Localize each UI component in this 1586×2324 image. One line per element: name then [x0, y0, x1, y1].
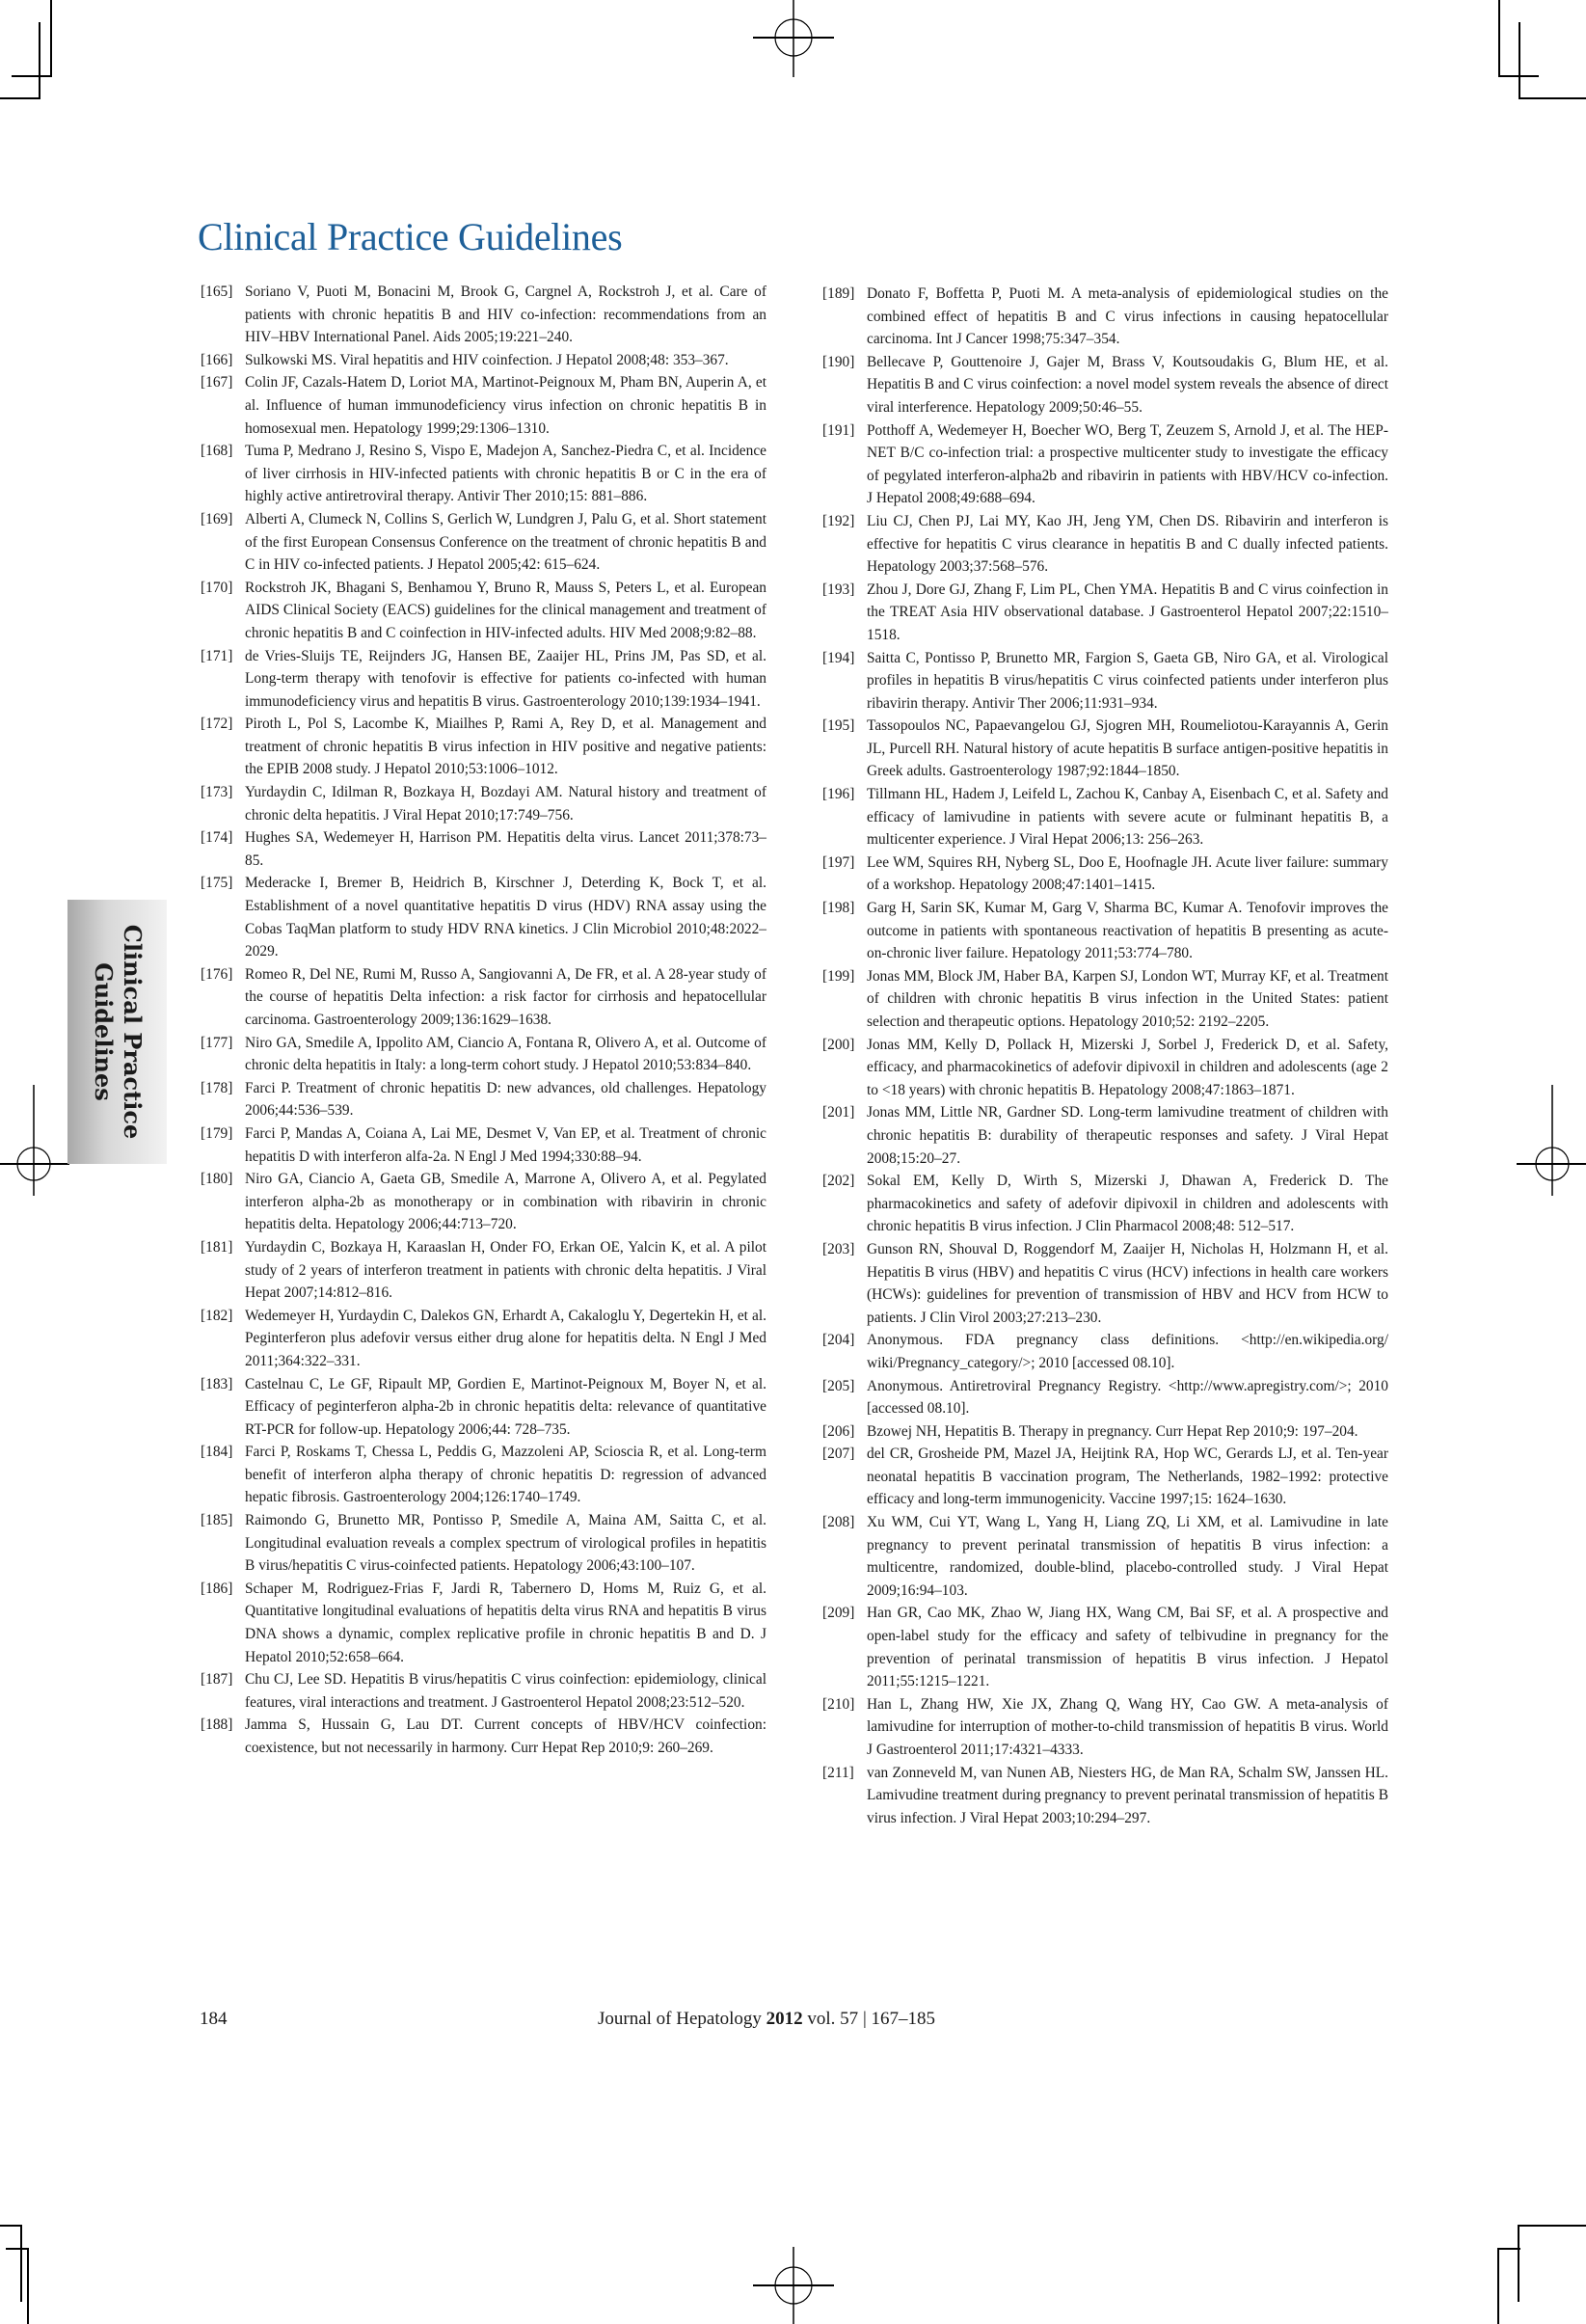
reference-item: [172]Piroth L, Pol S, Lacombe K, Miailhe… — [201, 713, 766, 781]
reference-number: [194] — [822, 647, 854, 670]
reference-text: Hughes SA, Wedemeyer H, Harrison PM. Hep… — [245, 826, 766, 872]
reference-item: [168]Tuma P, Medrano J, Resino S, Vispo … — [201, 440, 766, 508]
reference-item: [169]Alberti A, Clumeck N, Collins S, Ge… — [201, 508, 766, 577]
side-tab-line-1: Clinical Practice — [118, 925, 147, 1139]
reference-item: [208]Xu WM, Cui YT, Wang L, Yang H, Lian… — [822, 1511, 1388, 1602]
reference-item: [199]Jonas MM, Block JM, Haber BA, Karpe… — [822, 965, 1388, 1034]
reference-item: [175]Mederacke I, Bremer B, Heidrich B, … — [201, 872, 766, 962]
reference-text: Garg H, Sarin SK, Kumar M, Garg V, Sharm… — [867, 897, 1388, 965]
registration-mark-left — [0, 1085, 69, 1196]
reference-number: [201] — [822, 1101, 854, 1124]
reference-item: [180]Niro GA, Ciancio A, Gaeta GB, Smedi… — [201, 1168, 766, 1236]
references-column-left: [165]Soriano V, Puoti M, Bonacini M, Bro… — [201, 281, 766, 1760]
reference-text: Gunson RN, Shouval D, Roggendorf M, Zaai… — [867, 1238, 1388, 1329]
reference-item: [167]Colin JF, Cazals-Hatem D, Loriot MA… — [201, 371, 766, 440]
reference-item: [182]Wedemeyer H, Yurdaydin C, Dalekos G… — [201, 1305, 766, 1373]
reference-item: [193]Zhou J, Dore GJ, Zhang F, Lim PL, C… — [822, 579, 1388, 647]
reference-item: [185]Raimondo G, Brunetto MR, Pontisso P… — [201, 1509, 766, 1578]
reference-item: [204]Anonymous. FDA pregnancy class defi… — [822, 1329, 1388, 1374]
reference-item: [189]Donato F, Boffetta P, Puoti M. A me… — [822, 283, 1388, 351]
reference-number: [170] — [201, 577, 232, 600]
crop-mark-top-left — [12, 75, 52, 77]
reference-text: Romeo R, Del NE, Rumi M, Russo A, Sangio… — [245, 963, 766, 1032]
reference-item: [196]Tillmann HL, Hadem J, Leifeld L, Za… — [822, 783, 1388, 851]
side-tab-label: Clinical Practice Guidelines — [89, 925, 147, 1139]
crop-mark-top-left — [50, 0, 52, 76]
journal-citation: Journal of Hepatology 2012 vol. 57 | 167… — [598, 2009, 935, 2030]
reference-number: [193] — [822, 579, 854, 602]
crop-mark-bottom-right — [1497, 2248, 1499, 2324]
reference-text: Anonymous. FDA pregnancy class definitio… — [867, 1329, 1388, 1374]
reference-item: [191]Potthoff A, Wedemeyer H, Boecher WO… — [822, 419, 1388, 510]
reference-item: [166]Sulkowski MS. Viral hepatitis and H… — [201, 349, 766, 372]
reference-number: [203] — [822, 1238, 854, 1261]
journal-volume: vol. 57 — [807, 2009, 858, 2029]
reference-item: [174]Hughes SA, Wedemeyer H, Harrison PM… — [201, 826, 766, 872]
reference-number: [185] — [201, 1509, 232, 1532]
reference-item: [207]del CR, Grosheide PM, Mazel JA, Hei… — [822, 1443, 1388, 1511]
reference-number: [175] — [201, 872, 232, 895]
reference-text: Niro GA, Smedile A, Ippolito AM, Ciancio… — [245, 1032, 766, 1077]
reference-item: [170]Rockstroh JK, Bhagani S, Benhamou Y… — [201, 577, 766, 645]
journal-name: Journal of Hepatology — [598, 2009, 762, 2029]
reference-text: Zhou J, Dore GJ, Zhang F, Lim PL, Chen Y… — [867, 579, 1388, 647]
reference-item: [178]Farci P. Treatment of chronic hepat… — [201, 1077, 766, 1122]
reference-item: [201]Jonas MM, Little NR, Gardner SD. Lo… — [822, 1101, 1388, 1170]
reference-number: [182] — [201, 1305, 232, 1328]
reference-text: Schaper M, Rodriguez-Frias F, Jardi R, T… — [245, 1578, 766, 1668]
reference-text: Anonymous. Antiretroviral Pregnancy Regi… — [867, 1375, 1388, 1420]
reference-text: Yurdaydin C, Bozkaya H, Karaaslan H, Ond… — [245, 1236, 766, 1305]
crop-mark-top-right — [1519, 97, 1586, 99]
reference-text: Mederacke I, Bremer B, Heidrich B, Kirsc… — [245, 872, 766, 962]
reference-number: [173] — [201, 781, 232, 804]
crop-mark-bottom-right — [1518, 2225, 1586, 2227]
reference-text: Jonas MM, Kelly D, Pollack H, Mizerski J… — [867, 1034, 1388, 1102]
reference-number: [184] — [201, 1441, 232, 1464]
reference-text: Donato F, Boffetta P, Puoti M. A meta-an… — [867, 283, 1388, 351]
reference-number: [189] — [822, 283, 854, 306]
crop-mark-bottom-left — [20, 2225, 22, 2302]
reference-text: Potthoff A, Wedemeyer H, Boecher WO, Ber… — [867, 419, 1388, 510]
reference-item: [202]Sokal EM, Kelly D, Wirth S, Mizersk… — [822, 1170, 1388, 1238]
crop-mark-top-left — [0, 97, 40, 99]
reference-number: [196] — [822, 783, 854, 806]
reference-item: [177]Niro GA, Smedile A, Ippolito AM, Ci… — [201, 1032, 766, 1077]
reference-item: [192]Liu CJ, Chen PJ, Lai MY, Kao JH, Je… — [822, 510, 1388, 579]
reference-text: Wedemeyer H, Yurdaydin C, Dalekos GN, Er… — [245, 1305, 766, 1373]
reference-text: Farci P. Treatment of chronic hepatitis … — [245, 1077, 766, 1122]
reference-item: [210]Han L, Zhang HW, Xie JX, Zhang Q, W… — [822, 1693, 1388, 1762]
reference-text: Bellecave P, Gouttenoire J, Gajer M, Bra… — [867, 351, 1388, 419]
reference-number: [187] — [201, 1668, 232, 1691]
reference-text: Piroth L, Pol S, Lacombe K, Miailhes P, … — [245, 713, 766, 781]
footer-separator: | — [863, 2009, 867, 2029]
reference-number: [180] — [201, 1168, 232, 1191]
reference-text: Lee WM, Squires RH, Nyberg SL, Doo E, Ho… — [867, 851, 1388, 897]
reference-text: Raimondo G, Brunetto MR, Pontisso P, Sme… — [245, 1509, 766, 1578]
page-title: Clinical Practice Guidelines — [198, 218, 622, 257]
reference-item: [187]Chu CJ, Lee SD. Hepatitis B virus/h… — [201, 1668, 766, 1714]
side-section-tab: Clinical Practice Guidelines — [67, 900, 167, 1164]
reference-number: [183] — [201, 1373, 232, 1396]
reference-number: [178] — [201, 1077, 232, 1100]
reference-number: [202] — [822, 1170, 854, 1193]
reference-number: [168] — [201, 440, 232, 463]
reference-item: [200]Jonas MM, Kelly D, Pollack H, Mizer… — [822, 1034, 1388, 1102]
reference-number: [205] — [822, 1375, 854, 1398]
crop-mark-bottom-left — [27, 2248, 29, 2324]
reference-number: [195] — [822, 715, 854, 738]
reference-text: Soriano V, Puoti M, Bonacini M, Brook G,… — [245, 281, 766, 349]
reference-item: [176]Romeo R, Del NE, Rumi M, Russo A, S… — [201, 963, 766, 1032]
crop-mark-top-left — [39, 22, 40, 99]
reference-item: [171]de Vries-Sluijs TE, Reijnders JG, H… — [201, 645, 766, 714]
reference-item: [190]Bellecave P, Gouttenoire J, Gajer M… — [822, 351, 1388, 419]
reference-item: [179]Farci P, Mandas A, Coiana A, Lai ME… — [201, 1122, 766, 1168]
reference-text: Niro GA, Ciancio A, Gaeta GB, Smedile A,… — [245, 1168, 766, 1236]
crop-mark-top-right — [1519, 22, 1520, 99]
reference-text: Rockstroh JK, Bhagani S, Benhamou Y, Bru… — [245, 577, 766, 645]
reference-number: [188] — [201, 1714, 232, 1737]
journal-pages: 167–185 — [872, 2009, 936, 2029]
registration-mark-right — [1517, 1085, 1586, 1196]
reference-text: de Vries-Sluijs TE, Reijnders JG, Hansen… — [245, 645, 766, 714]
reference-text: del CR, Grosheide PM, Mazel JA, Heijtink… — [867, 1443, 1388, 1511]
reference-item: [195]Tassopoulos NC, Papaevangelou GJ, S… — [822, 715, 1388, 783]
reference-item: [188]Jamma S, Hussain G, Lau DT. Current… — [201, 1714, 766, 1759]
reference-item: [211]van Zonneveld M, van Nunen AB, Nies… — [822, 1762, 1388, 1830]
reference-text: Yurdaydin C, Idilman R, Bozkaya H, Bozda… — [245, 781, 766, 826]
reference-number: [186] — [201, 1578, 232, 1601]
reference-item: [206]Bzowej NH, Hepatitis B. Therapy in … — [822, 1420, 1388, 1444]
reference-text: Tuma P, Medrano J, Resino S, Vispo E, Ma… — [245, 440, 766, 508]
reference-number: [211] — [822, 1762, 854, 1785]
reference-item: [203]Gunson RN, Shouval D, Roggendorf M,… — [822, 1238, 1388, 1329]
reference-text: Sulkowski MS. Viral hepatitis and HIV co… — [245, 349, 766, 372]
reference-text: Castelnau C, Le GF, Ripault MP, Gordien … — [245, 1373, 766, 1442]
reference-number: [198] — [822, 897, 854, 920]
reference-text: Jonas MM, Little NR, Gardner SD. Long-te… — [867, 1101, 1388, 1170]
reference-number: [166] — [201, 349, 232, 372]
crop-mark-bottom-left — [0, 2225, 21, 2227]
journal-year: 2012 — [766, 2009, 803, 2029]
reference-item: [173]Yurdaydin C, Idilman R, Bozkaya H, … — [201, 781, 766, 826]
reference-number: [190] — [822, 351, 854, 374]
reference-text: Han L, Zhang HW, Xie JX, Zhang Q, Wang H… — [867, 1693, 1388, 1762]
reference-text: Jamma S, Hussain G, Lau DT. Current conc… — [245, 1714, 766, 1759]
references-column-right: [189]Donato F, Boffetta P, Puoti M. A me… — [822, 283, 1388, 1829]
reference-number: [207] — [822, 1443, 854, 1466]
reference-item: [198]Garg H, Sarin SK, Kumar M, Garg V, … — [822, 897, 1388, 965]
reference-number: [165] — [201, 281, 232, 304]
reference-number: [179] — [201, 1122, 232, 1146]
reference-text: Farci P, Mandas A, Coiana A, Lai ME, Des… — [245, 1122, 766, 1168]
reference-number: [206] — [822, 1420, 854, 1444]
reference-text: Saitta C, Pontisso P, Brunetto MR, Fargi… — [867, 647, 1388, 716]
crop-mark-top-right — [1498, 0, 1500, 76]
reference-number: [171] — [201, 645, 232, 668]
page-number: 184 — [200, 2009, 228, 2030]
reference-number: [176] — [201, 963, 232, 986]
reference-number: [208] — [822, 1511, 854, 1534]
side-tab-line-2: Guidelines — [89, 925, 118, 1139]
reference-text: Liu CJ, Chen PJ, Lai MY, Kao JH, Jeng YM… — [867, 510, 1388, 579]
reference-item: [181]Yurdaydin C, Bozkaya H, Karaaslan H… — [201, 1236, 766, 1305]
reference-text: Bzowej NH, Hepatitis B. Therapy in pregn… — [867, 1420, 1388, 1444]
reference-text: Xu WM, Cui YT, Wang L, Yang H, Liang ZQ,… — [867, 1511, 1388, 1602]
reference-number: [210] — [822, 1693, 854, 1716]
registration-mark-top — [753, 0, 834, 77]
reference-item: [183]Castelnau C, Le GF, Ripault MP, Gor… — [201, 1373, 766, 1442]
reference-item: [165]Soriano V, Puoti M, Bonacini M, Bro… — [201, 281, 766, 349]
reference-number: [191] — [822, 419, 854, 443]
reference-number: [192] — [822, 510, 854, 533]
reference-number: [169] — [201, 508, 232, 531]
reference-number: [181] — [201, 1236, 232, 1259]
crop-mark-bottom-left — [6, 2248, 28, 2250]
reference-number: [172] — [201, 713, 232, 736]
reference-text: Colin JF, Cazals-Hatem D, Loriot MA, Mar… — [245, 371, 766, 440]
reference-number: [204] — [822, 1329, 854, 1352]
reference-item: [209]Han GR, Cao MK, Zhao W, Jiang HX, W… — [822, 1602, 1388, 1692]
reference-text: van Zonneveld M, van Nunen AB, Niesters … — [867, 1762, 1388, 1830]
reference-item: [184]Farci P, Roskams T, Chessa L, Peddi… — [201, 1441, 766, 1509]
reference-number: [209] — [822, 1602, 854, 1625]
reference-number: [200] — [822, 1034, 854, 1057]
reference-item: [194]Saitta C, Pontisso P, Brunetto MR, … — [822, 647, 1388, 716]
reference-number: [199] — [822, 965, 854, 988]
reference-text: Tassopoulos NC, Papaevangelou GJ, Sjogre… — [867, 715, 1388, 783]
reference-item: [186]Schaper M, Rodriguez-Frias F, Jardi… — [201, 1578, 766, 1668]
reference-text: Tillmann HL, Hadem J, Leifeld L, Zachou … — [867, 783, 1388, 851]
reference-item: [205]Anonymous. Antiretroviral Pregnancy… — [822, 1375, 1388, 1420]
reference-number: [197] — [822, 851, 854, 875]
registration-mark-bottom — [753, 2247, 834, 2324]
reference-text: Sokal EM, Kelly D, Wirth S, Mizerski J, … — [867, 1170, 1388, 1238]
reference-item: [197]Lee WM, Squires RH, Nyberg SL, Doo … — [822, 851, 1388, 897]
reference-number: [174] — [201, 826, 232, 850]
reference-text: Alberti A, Clumeck N, Collins S, Gerlich… — [245, 508, 766, 577]
reference-text: Han GR, Cao MK, Zhao W, Jiang HX, Wang C… — [867, 1602, 1388, 1692]
reference-number: [167] — [201, 371, 232, 394]
reference-text: Farci P, Roskams T, Chessa L, Peddis G, … — [245, 1441, 766, 1509]
crop-mark-bottom-right — [1518, 2225, 1519, 2302]
reference-text: Jonas MM, Block JM, Haber BA, Karpen SJ,… — [867, 965, 1388, 1034]
crop-mark-bottom-right — [1497, 2248, 1520, 2250]
reference-text: Chu CJ, Lee SD. Hepatitis B virus/hepati… — [245, 1668, 766, 1714]
reference-number: [177] — [201, 1032, 232, 1055]
